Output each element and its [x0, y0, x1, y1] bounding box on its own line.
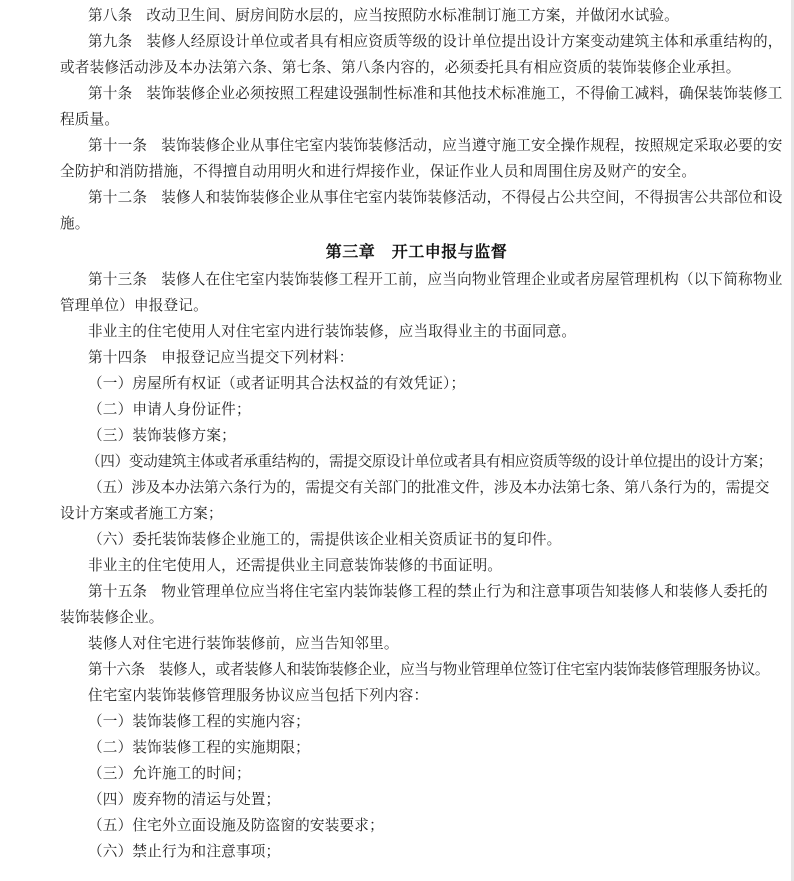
article-8: 第八条改动卫生间、厨房间防水层的，应当按照防水标准制订施工方案，并做闭水试验。	[60, 3, 773, 29]
article-12: 第十二条装修人和装饰装修企业从事住宅室内装饰装修活动，不得侵占公共空间，不得损害…	[60, 185, 773, 211]
article-text: 装修人在住宅室内装饰装修工程开工前，应当向物业管理企业或者房屋管理机构（以下简称…	[161, 271, 782, 288]
article-text: 装修人和装饰装修企业从事住宅室内装饰装修活动，不得侵占公共空间，不得损害公共部位…	[161, 189, 782, 206]
list-item: （三）装饰装修方案；	[60, 423, 773, 449]
continuation-line: 全防护和消防措施，不得擅自动用明火和进行焊接作业，保证作业人员和周围住房及财产的…	[60, 159, 773, 185]
article-13: 第十三条装修人在住宅室内装饰装修工程开工前，应当向物业管理企业或者房屋管理机构（…	[60, 267, 773, 293]
document-body: 第八条改动卫生间、厨房间防水层的，应当按照防水标准制订施工方案，并做闭水试验。 …	[60, 3, 773, 865]
article-10: 第十条装饰装修企业必须按照工程建设强制性标准和其他技术标准施工，不得偷工减料，确…	[60, 81, 773, 107]
paragraph: 非业主的住宅使用人对住宅室内进行装饰装修，应当取得业主的书面同意。	[60, 319, 773, 345]
article-text: 物业管理单位应当将住宅室内装饰装修工程的禁止行为和注意事项告知装修人和装修人委托…	[161, 583, 768, 600]
list-item: （一）装饰装修工程的实施内容；	[60, 709, 773, 735]
article-text: 装修人，或者装修人和装饰装修企业，应当与物业管理单位签订住宅室内装饰装修管理服务…	[159, 661, 769, 678]
list-item: （五）住宅外立面设施及防盗窗的安装要求；	[60, 813, 773, 839]
continuation-line: 程质量。	[60, 107, 773, 133]
list-item: （五）涉及本办法第六条行为的，需提交有关部门的批准文件，涉及本办法第七条、第八条…	[60, 475, 773, 501]
article-16: 第十六条装修人，或者装修人和装饰装修企业，应当与物业管理单位签订住宅室内装饰装修…	[60, 657, 773, 683]
article-number: 第九条	[88, 33, 132, 50]
list-item: （一）房屋所有权证（或者证明其合法权益的有效凭证）；	[60, 371, 773, 397]
continuation-line: 管理单位）申报登记。	[60, 293, 773, 319]
continuation-line: 或者装修活动涉及本办法第六条、第七条、第八条内容的，必须委托具有相应资质的装饰装…	[60, 55, 773, 81]
article-number: 第十一条	[88, 137, 147, 154]
list-item: （二）申请人身份证件；	[60, 397, 773, 423]
article-number: 第十六条	[88, 661, 145, 678]
paragraph: 装修人对住宅进行装饰装修前，应当告知邻里。	[60, 631, 773, 657]
article-9: 第九条装修人经原设计单位或者具有相应资质等级的设计单位提出设计方案变动建筑主体和…	[60, 29, 773, 55]
chapter-heading: 第三章 开工申报与监督	[60, 237, 773, 267]
article-text: 装修人经原设计单位或者具有相应资质等级的设计单位提出设计方案变动建筑主体和承重结…	[146, 33, 782, 50]
list-item: （六）禁止行为和注意事项；	[60, 839, 773, 865]
article-15: 第十五条物业管理单位应当将住宅室内装饰装修工程的禁止行为和注意事项告知装修人和装…	[60, 579, 773, 605]
article-14: 第十四条申报登记应当提交下列材料：	[60, 345, 773, 371]
list-item: （三）允许施工的时间；	[60, 761, 773, 787]
list-item: （四）变动建筑主体或者承重结构的，需提交原设计单位或者具有相应资质等级的设计单位…	[60, 449, 773, 475]
article-number: 第十三条	[88, 271, 147, 288]
article-11: 第十一条装饰装修企业从事住宅室内装饰装修活动，应当遵守施工安全操作规程，按照规定…	[60, 133, 773, 159]
continuation-line: 设计方案或者施工方案；	[60, 501, 773, 527]
list-item: （二）装饰装修工程的实施期限；	[60, 735, 773, 761]
continuation-line: 装饰装修企业。	[60, 605, 773, 631]
list-item: （四）废弃物的清运与处置；	[60, 787, 773, 813]
paragraph: 住宅室内装饰装修管理服务协议应当包括下列内容：	[60, 683, 773, 709]
continuation-line: 施。	[60, 211, 773, 237]
list-item: （六）委托装饰装修企业施工的，需提供该企业相关资质证书的复印件。	[60, 527, 773, 553]
article-number: 第十五条	[88, 583, 147, 600]
article-number: 第十二条	[88, 189, 147, 206]
article-text: 装饰装修企业必须按照工程建设强制性标准和其他技术标准施工，不得偷工减料，确保装饰…	[146, 85, 782, 102]
paragraph: 非业主的住宅使用人，还需提供业主同意装饰装修的书面证明。	[60, 553, 773, 579]
article-number: 第八条	[88, 7, 132, 24]
article-text: 改动卫生间、厨房间防水层的，应当按照防水标准制订施工方案，并做闭水试验。	[146, 7, 679, 24]
article-text: 申报登记应当提交下列材料：	[161, 349, 353, 366]
article-number: 第十条	[88, 85, 132, 102]
article-text: 装饰装修企业从事住宅室内装饰装修活动，应当遵守施工安全操作规程，按照规定采取必要…	[161, 137, 782, 154]
article-number: 第十四条	[88, 349, 147, 366]
